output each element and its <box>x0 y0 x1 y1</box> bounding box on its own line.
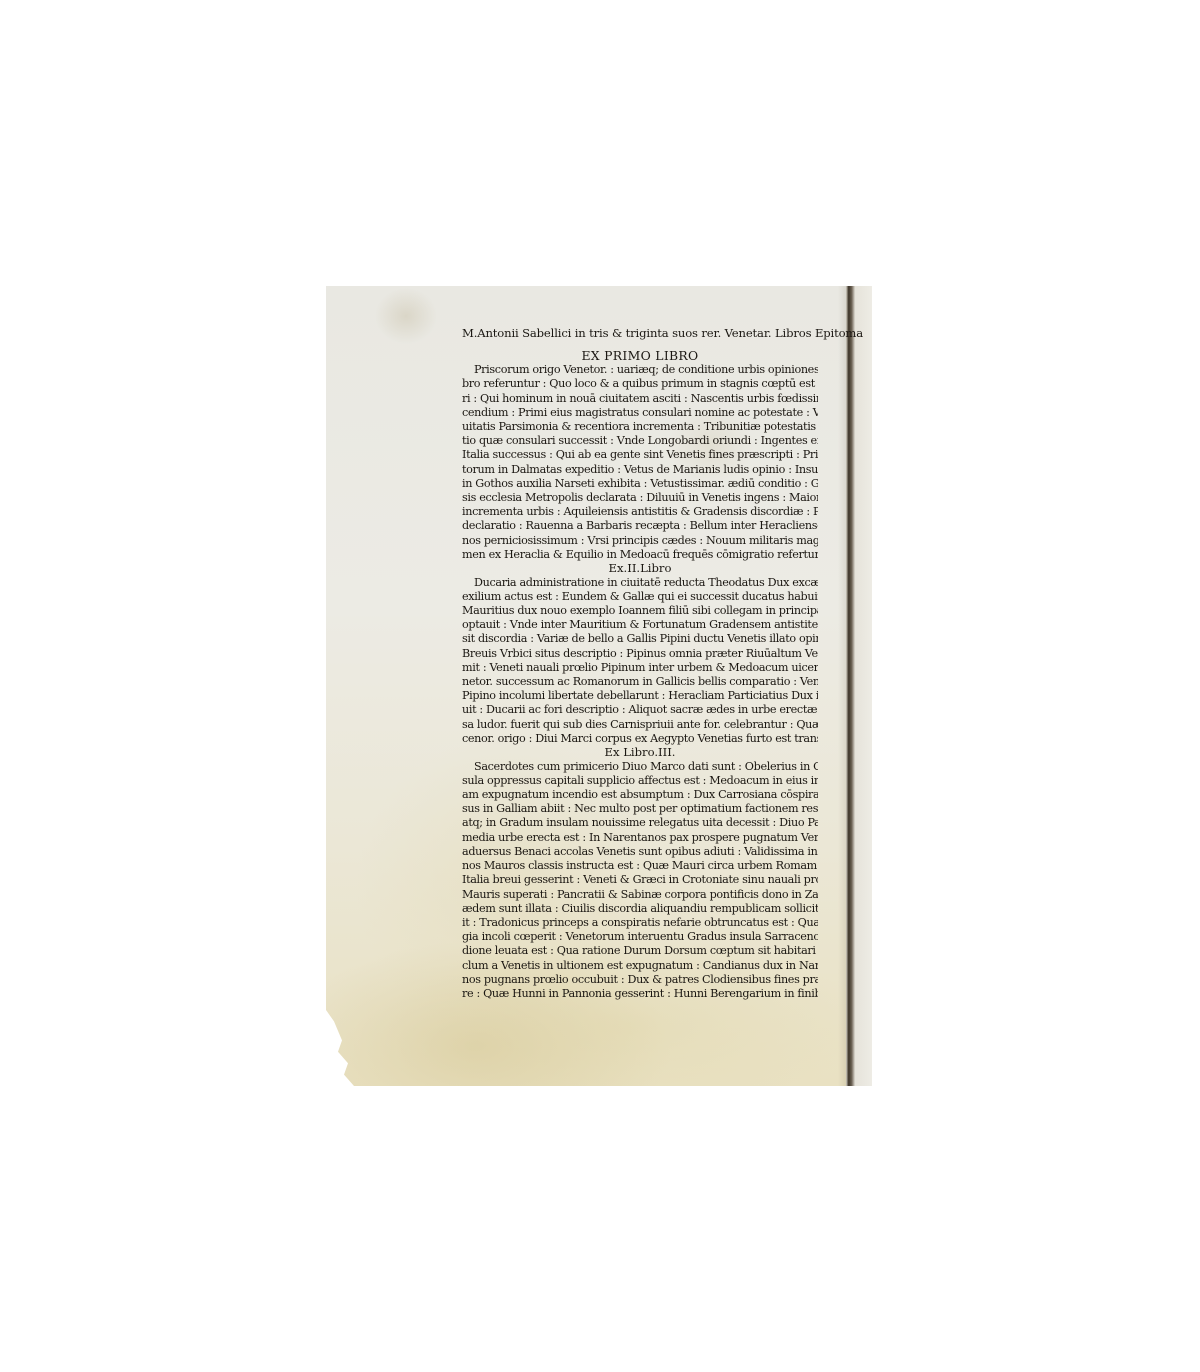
text-line: ri : Qui hominum in nouā ciuitatem ascit… <box>462 392 818 406</box>
text-line: Mauris superati : Pancratii & Sabinæ cor… <box>462 888 818 902</box>
text-line: bro referuntur : Quo loco & a quibus pri… <box>462 377 818 391</box>
text-line: incrementa urbis : Aquileiensis antistit… <box>462 505 818 519</box>
text-line: it : Tradonicus princeps a conspiratis n… <box>462 916 818 930</box>
text-line: exilium actus est : Eundem & Gallæ qui e… <box>462 590 818 604</box>
text-line: in Gothos auxilia Narseti exhibita : Vet… <box>462 477 818 491</box>
section-body: Sacerdotes cum primicerio Diuo Marco dat… <box>462 760 818 1001</box>
text-line: re : Quæ Hunni in Pannonia gesserint : H… <box>462 987 818 1001</box>
text-line: sit discordia : Variæ de bello a Gallis … <box>462 632 818 646</box>
text-line: sus in Galliam abiit : Nec multo post pe… <box>462 802 818 816</box>
running-title: M.Antonii Sabellici in tris & triginta s… <box>462 326 818 340</box>
text-line: aduersus Benaci accolas Venetis sunt opi… <box>462 845 818 859</box>
text-line: sula oppressus capitali supplicio affect… <box>462 774 818 788</box>
page-text: M.Antonii Sabellici in tris & triginta s… <box>462 326 818 1001</box>
text-line: mit : Veneti nauali prœlio Pipinum inter… <box>462 661 818 675</box>
text-line: cenor. origo : Diui Marci corpus ex Aegy… <box>462 732 818 746</box>
text-line: gia incoli cœperit : Venetorum interuent… <box>462 930 818 944</box>
text-line: uit : Ducarii ac fori descriptio : Aliqu… <box>462 703 818 717</box>
text-line: men ex Heraclia & Equilio in Medoacū fre… <box>462 548 818 562</box>
section-heading: EX PRIMO LIBRO <box>462 349 818 363</box>
text-line: nos Mauros classis instructa est : Quæ M… <box>462 859 818 873</box>
text-line: sis ecclesia Metropolis declarata : Dilu… <box>462 491 818 505</box>
text-line: Pipino incolumi libertate debellarunt : … <box>462 689 818 703</box>
text-line: Priscorum origo Venetor. : uariæq; de co… <box>462 363 818 377</box>
section-body: Ducaria administratione in ciuitatē redu… <box>462 576 818 746</box>
book-binding-edge <box>846 286 872 1086</box>
text-line: nos pugnans prœlio occubuit : Dux & patr… <box>462 973 818 987</box>
text-line: torum in Dalmatas expeditio : Vetus de M… <box>462 463 818 477</box>
text-line: tio quæ consulari successit : Vnde Longo… <box>462 434 818 448</box>
section-body: Priscorum origo Venetor. : uariæq; de co… <box>462 363 818 562</box>
section-book-3: Ex Libro.III. Sacerdotes cum primicerio … <box>462 746 818 1001</box>
text-line: Mauritius dux nouo exemplo Ioannem filiū… <box>462 604 818 618</box>
text-line: Breuis Vrbici situs descriptio : Pipinus… <box>462 647 818 661</box>
text-line: clum a Venetis in ultionem est expugnatu… <box>462 959 818 973</box>
text-line: netor. successum ac Romanorum in Gallici… <box>462 675 818 689</box>
text-line: dione leuata est : Qua ratione Durum Dor… <box>462 944 818 958</box>
text-line: Italia successus : Qui ab ea gente sint … <box>462 448 818 462</box>
text-line: Ducaria administratione in ciuitatē redu… <box>462 576 818 590</box>
text-line: nos perniciosissimum : Vrsi principis cæ… <box>462 534 818 548</box>
text-line: sa ludor. fuerit qui sub dies Carnispriu… <box>462 718 818 732</box>
text-line: media urbe erecta est : In Narentanos pa… <box>462 831 818 845</box>
text-line: am expugnatum incendio est absumptum : D… <box>462 788 818 802</box>
section-book-2: Ex.II.Libro Ducaria administratione in c… <box>462 562 818 746</box>
text-line: Sacerdotes cum primicerio Diuo Marco dat… <box>462 760 818 774</box>
text-line: optauit : Vnde inter Mauritium & Fortuna… <box>462 618 818 632</box>
text-line: Italia breui gesserint : Veneti & Græci … <box>462 873 818 887</box>
section-heading: Ex.II.Libro <box>462 562 818 576</box>
section-heading: Ex Libro.III. <box>462 746 818 760</box>
section-book-1: EX PRIMO LIBRO Priscorum origo Venetor. … <box>462 349 818 562</box>
text-line: atq; in Gradum insulam nouissime relegat… <box>462 816 818 830</box>
text-line: ædem sunt illata : Ciuilis discordia ali… <box>462 902 818 916</box>
text-line: uitatis Parsimonia & recentiora incremen… <box>462 420 818 434</box>
text-line: declaratio : Rauenna a Barbaris recæpta … <box>462 519 818 533</box>
text-line: cendium : Primi eius magistratus consula… <box>462 406 818 420</box>
